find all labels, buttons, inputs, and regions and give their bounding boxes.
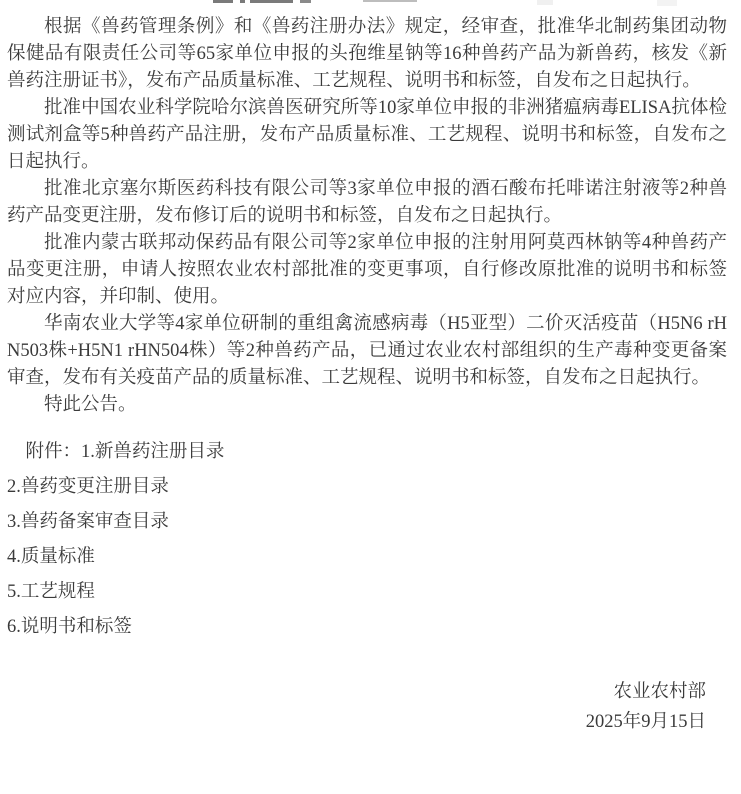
issuer-name: 农业农村部: [7, 679, 706, 706]
attachment-line: 4.质量标准: [7, 544, 727, 571]
body-paragraph: 根据《兽药管理条例》和《兽药注册办法》规定，经审查，批准华北制药集团动物保健品有…: [7, 14, 727, 95]
document-body: 根据《兽药管理条例》和《兽药注册办法》规定，经审查，批准华北制药集团动物保健品有…: [7, 14, 727, 419]
signature-block: 农业农村部 2025年9月15日: [7, 679, 727, 736]
attachment-list: 附件：1.新兽药注册目录 2.兽药变更注册目录 3.兽药备案审查目录 4.质量标…: [7, 439, 727, 641]
body-paragraph: 批准内蒙古联邦动保药品有限公司等2家单位申报的注射用阿莫西林钠等4种兽药产品变更…: [7, 230, 727, 311]
attachment-line: 6.说明书和标签: [7, 614, 727, 641]
clipped-text-artifact: [250, 0, 293, 3]
document-content: 根据《兽药管理条例》和《兽药注册办法》规定，经审查，批准华北制药集团动物保健品有…: [7, 14, 727, 736]
body-paragraph: 批准中国农业科学院哈尔滨兽医研究所等10家单位申报的非洲猪瘟病毒ELISA抗体检…: [7, 95, 727, 176]
attachment-line: 附件：1.新兽药注册目录: [7, 439, 727, 466]
clipped-text-artifact: [300, 0, 311, 3]
clipped-text-artifact: [213, 0, 233, 3]
announcement-document-page: 根据《兽药管理条例》和《兽药注册办法》规定，经审查，批准华北制药集团动物保健品有…: [0, 0, 741, 794]
attachment-line: 2.兽药变更注册目录: [7, 474, 727, 501]
clipped-text-artifact: [537, 0, 553, 5]
clipped-text-artifact: [363, 0, 417, 2]
clipped-text-artifact: [240, 0, 245, 3]
body-paragraph: 特此公告。: [7, 392, 727, 419]
body-paragraph: 批准北京塞尔斯医药科技有限公司等3家单位申报的酒石酸布托啡诺注射液等2种兽药产品…: [7, 176, 727, 230]
issue-date: 2025年9月15日: [7, 709, 706, 736]
attachment-line: 3.兽药备案审查目录: [7, 509, 727, 536]
clipped-text-artifact: [657, 0, 677, 6]
body-paragraph: 华南农业大学等4家单位研制的重组禽流感病毒（H5亚型）二价灭活疫苗（H5N6 r…: [7, 311, 727, 392]
attachment-line: 5.工艺规程: [7, 579, 727, 606]
